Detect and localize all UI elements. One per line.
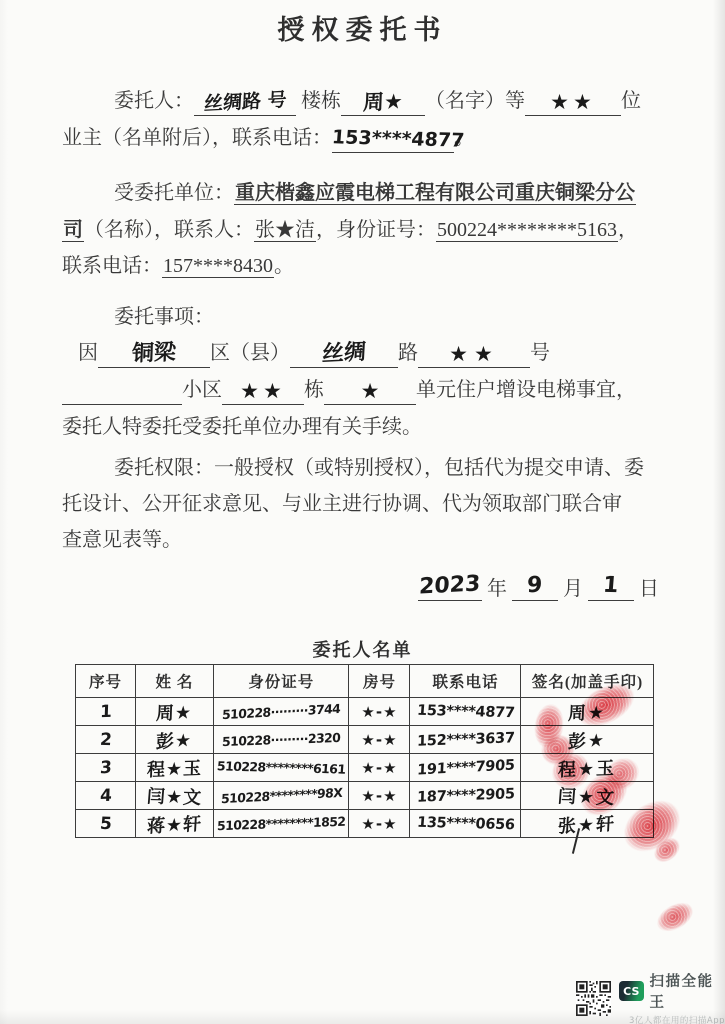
road-blank: 丝绸 [290,341,398,368]
authority-text-2: 托设计、公开征求意见、与业主进行协调、代为领取部门联合审 [62,493,622,515]
authority-line-1: 委托权限：一般授权（或特别授权），包括代为提交申请、委 [62,453,644,483]
qr-code-icon [576,980,611,1017]
owner-phone: 152****3637 [410,726,521,754]
table-row: 2 彭★ 510228·········2320 ★-★ 152****3637… [76,726,654,754]
matter-line-3: 委托人特委托受委托单位办理有关手续。 [62,412,422,442]
roster-header-row: 序号 姓 名 身份证号 房号 联系电话 签名(加盖手印) [76,665,654,698]
row-index: 4 [76,782,136,810]
col-header-signature: 签名(加盖手印) [521,665,654,698]
fingerprint-stamp [648,893,702,940]
owner-name: 闫★文 [136,782,214,810]
district-blank: 铜梁 [98,341,210,368]
trustee-label: 受委托单位： [114,182,234,204]
day-label: 日 [639,578,659,600]
owner-id: 510228********98X [214,782,349,810]
company-name-part2: 司 [62,219,84,242]
trustee-phone: 157****8430 [162,255,274,278]
scanned-document-page: 授权委托书 委托人：丝绸路 号 楼栋周★（名字）等★★位 业主（名单附后），联系… [0,0,725,1024]
owner-signature: 张★轩 [521,810,654,838]
id-label: ，身份证号： [316,219,436,241]
table-row: 4 闫★文 510228********98X ★-★ 187****2905 … [76,782,654,810]
document-title: 授权委托书 [0,8,725,47]
community-blank [62,378,182,405]
room-number: ★-★ [349,726,410,754]
unit-suffix: 位 [621,90,641,112]
col-header-id: 身份证号 [214,665,349,698]
owner-signature: 周★ [521,698,654,726]
owner-phone: 135****0656 [410,810,521,838]
table-row: 3 程★玉 510228********6161 ★-★ 191****7905… [76,754,654,782]
authority-line-3: 查意见表等。 [62,525,182,555]
block-blank: ★★ [222,378,304,405]
table-row: 1 周★ 510228·········3744 ★-★ 153****4877… [76,698,654,726]
owner-id: 510228********6161 [214,754,349,782]
room-number: ★-★ [349,782,410,810]
owner-id: 510228·········2320 [214,726,349,754]
month-label: 月 [563,578,583,600]
road-label: 路 [398,342,418,364]
roster-title: 委托人名单 [0,636,725,662]
contact-id-number: 500224********5163 [436,219,618,242]
company-name-part1: 重庆楷鑫应霞电梯工程有限公司重庆铜梁分公 [234,182,636,205]
comma: ， [618,219,638,241]
client-roster-table: 序号 姓 名 身份证号 房号 联系电话 签名(加盖手印) 1 周★ 510228… [75,664,654,838]
owner-id: 510228********1852 [214,810,349,838]
owner-signature: 闫★文 [521,782,654,810]
owner-id: 510228·········3744 [214,698,349,726]
owner-phone-blank: 153****4877 [332,126,454,153]
scanner-app-tagline: 3亿人都在用的扫描App [619,1014,725,1024]
owner-phone: 153****4877 [410,698,521,726]
because-label: 因 [78,342,98,364]
scanner-watermark: CS 扫描全能王 3亿人都在用的扫描App [576,970,725,1024]
col-header-index: 序号 [76,665,136,698]
date-line: 2023 年 9 月 1 日 [418,572,659,601]
trustee-line-2: 司（名称），联系人：张★洁，身份证号：500224********5163， [62,215,638,245]
client-label: 委托人： [114,90,194,112]
row-index: 5 [76,810,136,838]
number-label: 号 [530,342,550,364]
matter-line-1: 因铜梁区（县）丝绸路★★号 [78,338,550,368]
trustee-line-1: 受委托单位：重庆楷鑫应霞电梯工程有限公司重庆铜梁分公 [62,178,636,208]
owner-name: 周★ [136,698,214,726]
table-row: 5 蒋★轩 510228********1852 ★-★ 135****0656… [76,810,654,838]
contact-label: （名称），联系人： [84,219,254,241]
owner-count-blank: ★★ [525,89,621,116]
community-label: 小区 [182,379,222,401]
client-line-2: 业主（名单附后），联系电话：153****4877。 [62,123,474,153]
col-header-phone: 联系电话 [410,665,521,698]
owner-signature: 程★玉 [521,754,654,782]
owner-phone: 191****7905 [410,754,521,782]
col-header-name: 姓 名 [136,665,214,698]
contact-name: 张★洁 [254,219,316,242]
room-number: ★-★ [349,698,410,726]
unit-blank: ★ [324,378,416,405]
room-number: ★-★ [349,810,410,838]
col-header-room: 房号 [349,665,410,698]
row-index: 2 [76,726,136,754]
row-index: 3 [76,754,136,782]
street-number-blank: ★★ [418,341,530,368]
district-label: 区（县） [210,342,290,364]
owner-phone-label: 业主（名单附后），联系电话： [62,127,332,149]
client-line-1: 委托人：丝绸路 号 楼栋周★（名字）等★★位 [62,86,641,116]
name-etc-label: （名字）等 [425,90,525,112]
matter-heading: 委托事项： [114,306,214,328]
building-label: 楼栋 [301,90,341,112]
date-month-blank: 9 [512,572,558,601]
room-number: ★-★ [349,754,410,782]
matter-line-2: 小区★★栋★单元住户增设电梯事宜， [62,375,636,405]
entrust-statement: 委托人特委托受委托单位办理有关手续。 [62,416,422,438]
authority-line-2: 托设计、公开征求意见、与业主进行协调、代为领取部门联合审 [62,489,622,519]
trustee-phone-label: 联系电话： [62,255,162,277]
trustee-line-3: 联系电话：157****8430。 [62,251,294,281]
matter-description: 单元住户增设电梯事宜， [416,379,636,401]
client-address-blank: 丝绸路 号 [194,89,296,116]
owner-name: 彭★ [136,726,214,754]
owner-signature: 彭★ [521,726,654,754]
owner-phone: 187****2905 [410,782,521,810]
block-label: 栋 [304,379,324,401]
date-day-blank: 1 [588,572,634,601]
date-year-blank: 2023 [418,572,482,601]
authority-text-3: 查意见表等。 [62,529,182,551]
period: 。 [274,255,294,277]
scanner-app-name: 扫描全能王 [650,970,725,1012]
matter-heading-line: 委托事项： [62,302,214,332]
authority-text-1: 委托权限：一般授权（或特别授权），包括代为提交申请、委 [114,457,644,479]
owner-name: 蒋★轩 [136,810,214,838]
owner-name: 程★玉 [136,754,214,782]
row-index: 1 [76,698,136,726]
year-label: 年 [487,578,507,600]
camscanner-logo: CS [619,981,644,1001]
client-name-blank: 周★ [341,89,425,116]
